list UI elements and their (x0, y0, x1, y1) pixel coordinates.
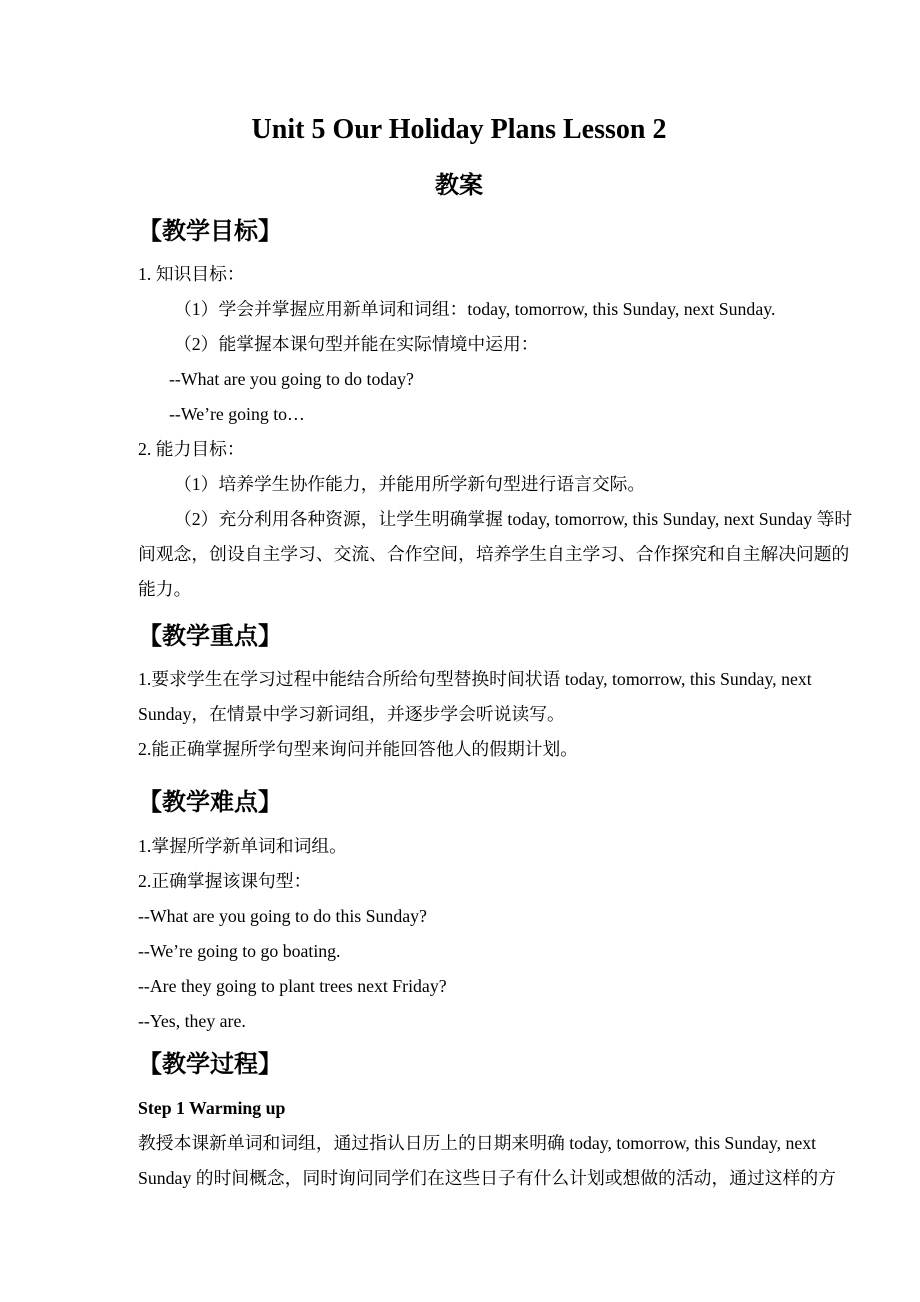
doc-line: --We’re going to… (138, 397, 780, 432)
doc-line: 1.掌握所学新单词和词组。 (138, 829, 780, 864)
doc-line: --Yes, they are. (138, 1004, 780, 1039)
doc-line: 2.正确掌握该课句型： (138, 864, 780, 899)
doc-line: 2. 能力目标： (138, 432, 780, 467)
section-heading-teaching-process: 【教学过程】 (138, 1045, 780, 1085)
doc-line: Sunday，在情景中学习新词组，并逐步学会听说读写。 (138, 697, 780, 732)
doc-line: Sunday 的时间概念，同时询问同学们在这些日子有什么计划或想做的活动，通过这… (138, 1161, 780, 1196)
doc-line: （2）充分利用各种资源，让学生明确掌握 today, tomorrow, thi… (138, 502, 780, 537)
doc-line: （2）能掌握本课句型并能在实际情境中运用： (138, 327, 780, 362)
document-subtitle: 教案 (138, 166, 780, 206)
doc-line: 间观念，创设自主学习、交流、合作空间，培养学生自主学习、合作探究和自主解决问题的 (138, 537, 780, 572)
section-heading-teaching-key-points: 【教学重点】 (138, 617, 780, 657)
section-heading-teaching-objectives: 【教学目标】 (138, 212, 780, 252)
document-page: Unit 5 Our Holiday Plans Lesson 2 教案 【教学… (0, 0, 920, 1302)
doc-line-step-1-warming-up: Step 1 Warming up (138, 1091, 780, 1126)
doc-line: --We’re going to go boating. (138, 934, 780, 969)
doc-line: 2.能正确掌握所学句型来询问并能回答他人的假期计划。 (138, 732, 780, 767)
document-title: Unit 5 Our Holiday Plans Lesson 2 (138, 110, 780, 150)
doc-line: 能力。 (138, 572, 780, 607)
doc-line: 教授本课新单词和词组，通过指认日历上的日期来明确 today, tomorrow… (138, 1126, 780, 1161)
doc-line: --What are you going to do this Sunday? (138, 899, 780, 934)
doc-line: （1）培养学生协作能力，并能用所学新句型进行语言交际。 (138, 467, 780, 502)
doc-line: --What are you going to do today? (138, 362, 780, 397)
section-heading-teaching-difficulties: 【教学难点】 (138, 783, 780, 823)
doc-line: --Are they going to plant trees next Fri… (138, 969, 780, 1004)
doc-line: （1）学会并掌握应用新单词和词组：today, tomorrow, this S… (138, 292, 780, 327)
doc-line: 1.要求学生在学习过程中能结合所给句型替换时间状语 today, tomorro… (138, 662, 780, 697)
doc-line: 1. 知识目标： (138, 257, 780, 292)
